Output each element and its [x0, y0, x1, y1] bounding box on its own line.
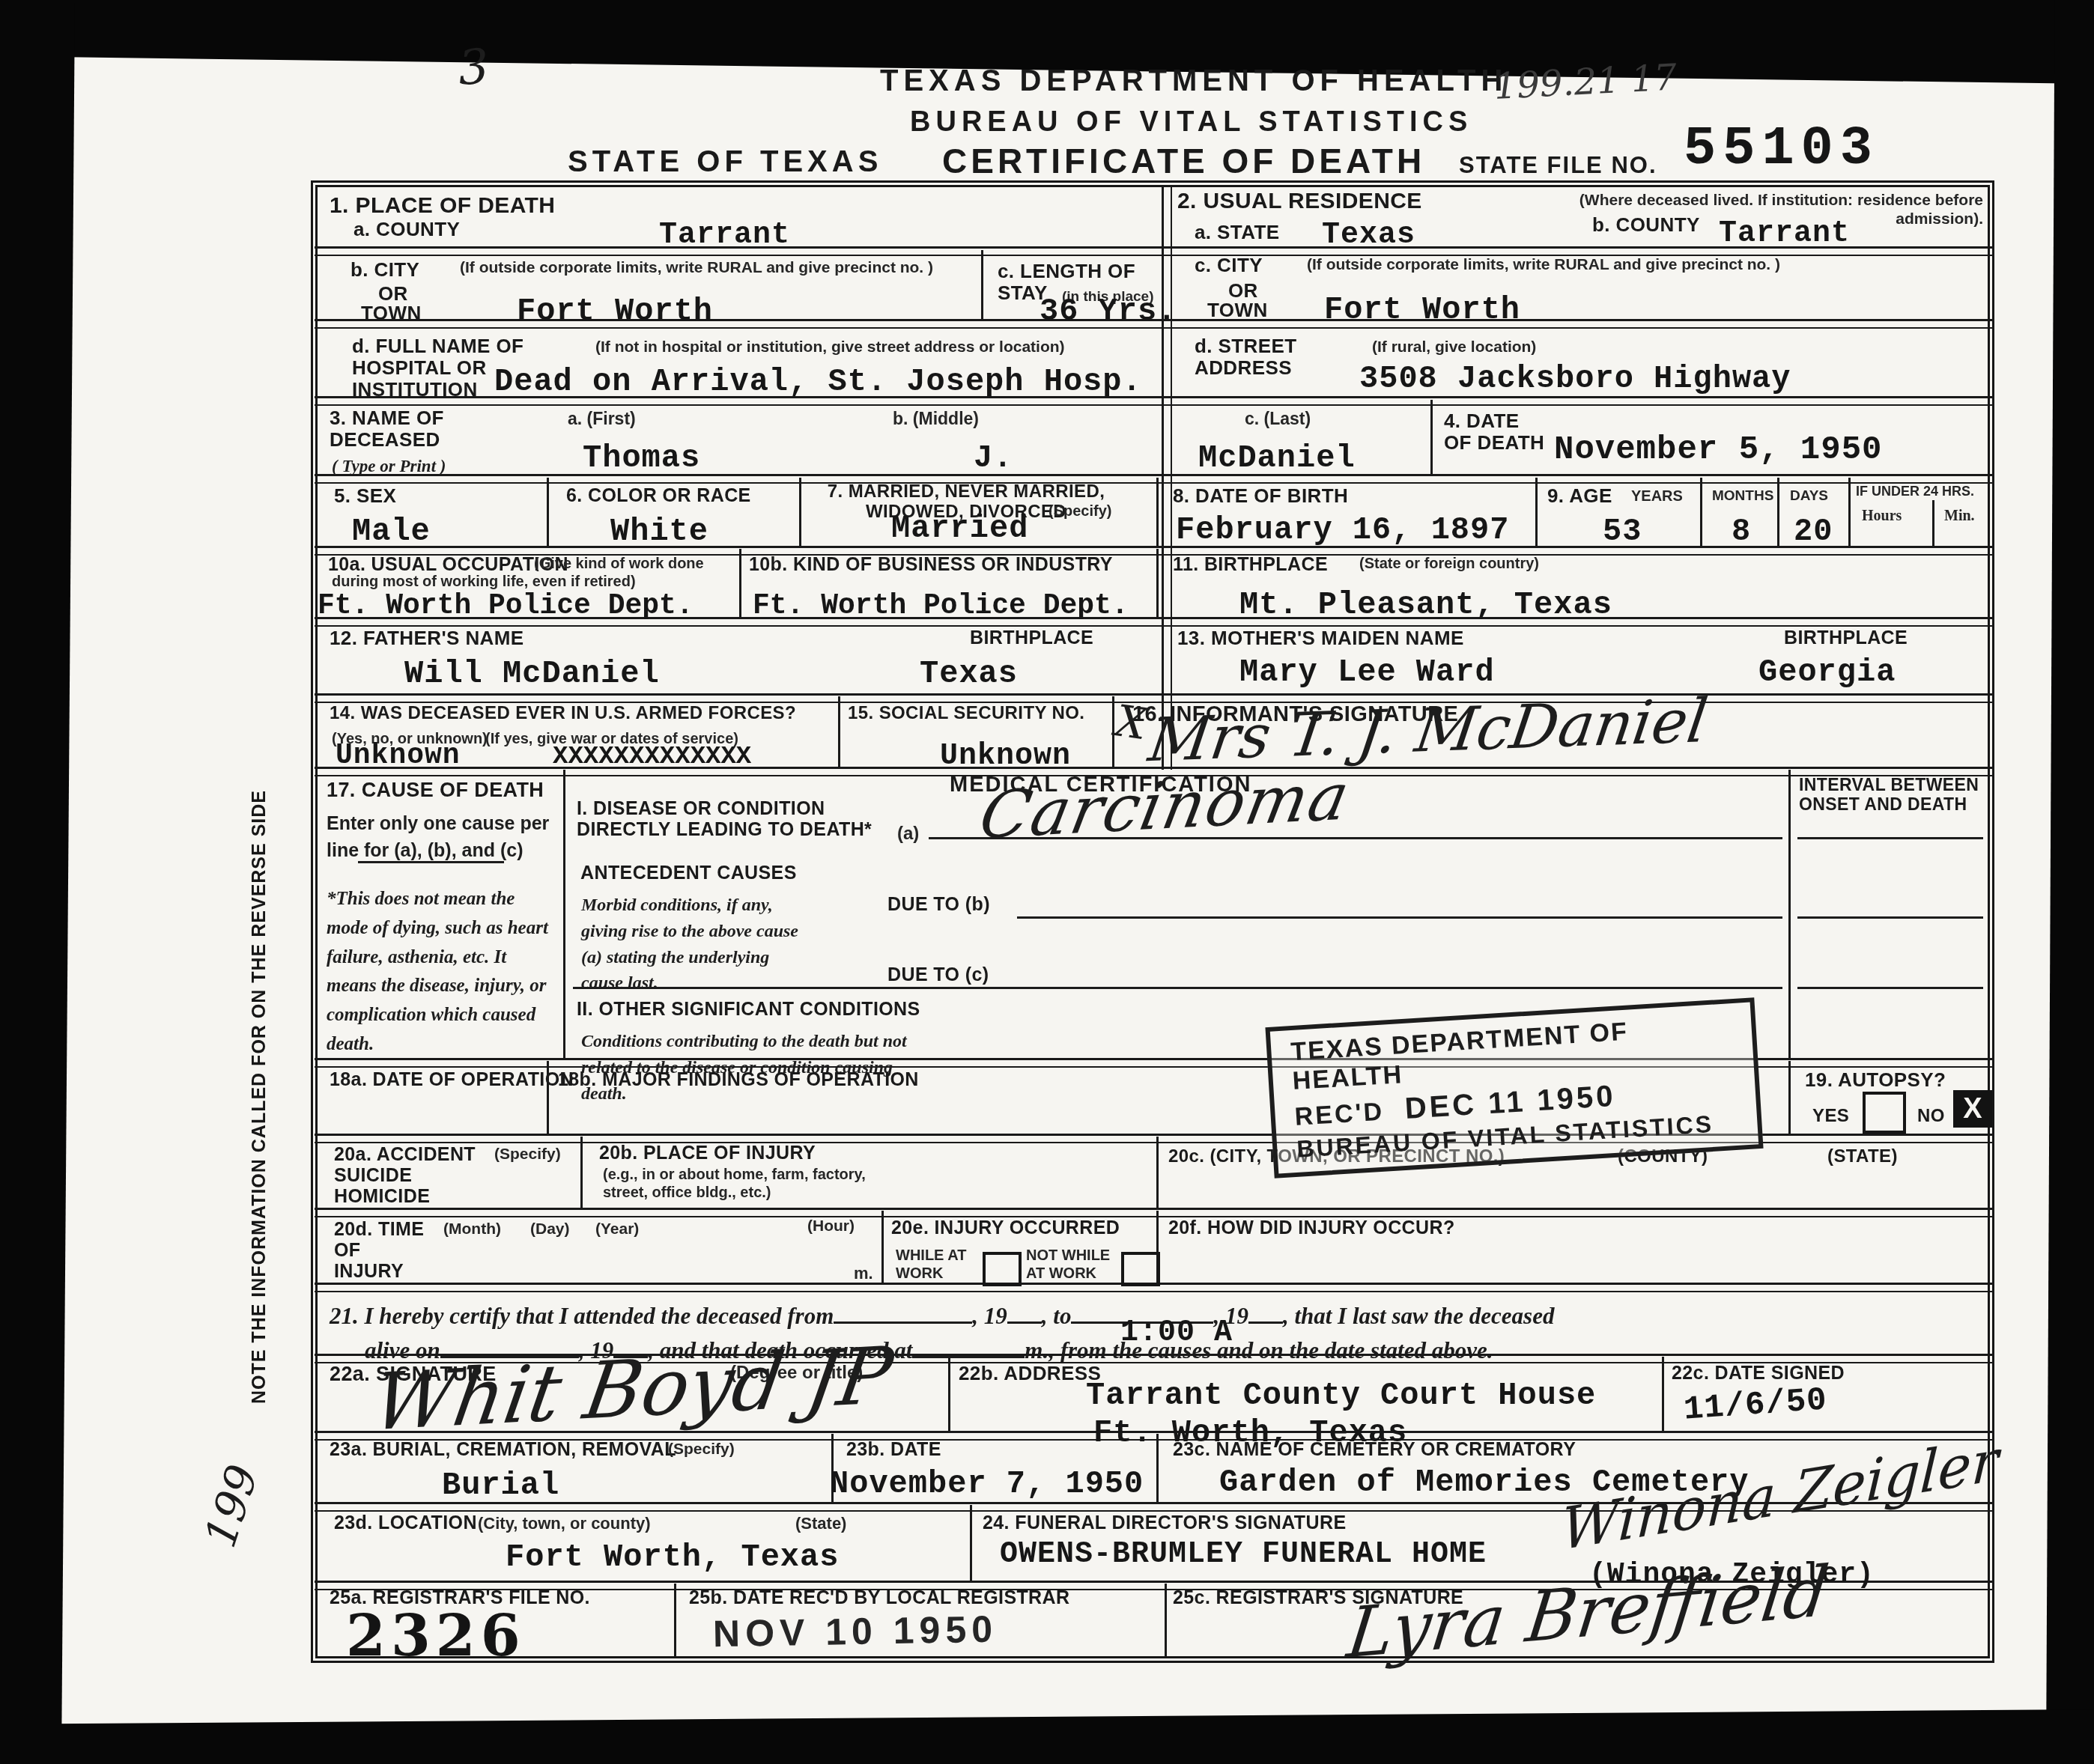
divider: [981, 250, 983, 321]
field-24-label: 24. FUNERAL DIRECTOR'S SIGNATURE: [983, 1512, 1346, 1533]
divider: [1777, 478, 1779, 548]
field-11-label: 11. BIRTHPLACE: [1173, 554, 1328, 575]
field-9-min-label: Min.: [1944, 508, 1975, 526]
field-7-note: (Specify): [1048, 503, 1111, 521]
field-2b-value: Tarrant: [1719, 217, 1850, 251]
divider: [1535, 478, 1538, 548]
field-20b-note: (e.g., in or about home, farm, factory, …: [603, 1167, 872, 1202]
field-17-label: 17. CAUSE OF DEATH: [327, 779, 544, 801]
field-2a-value: Texas: [1322, 219, 1415, 252]
funeral-home-value: OWENS-BRUMLEY FUNERAL HOME: [1000, 1538, 1487, 1572]
field-2c-label: c. CITY: [1195, 255, 1263, 276]
field-20d-m: m.: [854, 1264, 873, 1283]
divider: [948, 1357, 950, 1432]
field-9-label: 9. AGE: [1547, 485, 1612, 507]
field-20e-notwhile: NOT WHILE AT WORK: [1026, 1247, 1116, 1283]
field-1-title: 1. PLACE OF DEATH: [330, 193, 555, 219]
field-22b-addr1: Tarrant County Court House: [1086, 1378, 1596, 1414]
divider: [739, 549, 741, 619]
field-14-value2: XXXXXXXXXXXXX: [553, 743, 751, 771]
field-13-value: Mary Lee Ward: [1239, 654, 1495, 690]
field-2a-label: a. STATE: [1195, 222, 1279, 243]
field-13-bp-value: Georgia: [1758, 654, 1896, 690]
field-11-note: (State or foreign country): [1359, 556, 1539, 574]
field-2c-town: TOWN: [1207, 299, 1268, 321]
divider: [580, 1137, 583, 1209]
scan-edge-bottom: [0, 1707, 2094, 1764]
scanned-death-certificate: 3 TEXAS DEPARTMENT OF HEALTH 199.21 17 B…: [0, 0, 2094, 1764]
scan-edge-left: [0, 0, 75, 1764]
field-1d-value: Dead on Arrival, St. Joseph Hosp.: [494, 364, 1142, 400]
handwritten-margin-number: 199: [195, 1459, 269, 1553]
field-1b-note: (If outside corporate limits, write RURA…: [460, 259, 954, 278]
field-14-label: 14. WAS DECEASED EVER IN U.S. ARMED FORC…: [330, 704, 796, 724]
interval-line-a: [1797, 837, 1983, 839]
field-13-bp-label: BIRTHPLACE: [1784, 627, 1908, 648]
field-19-yes-label: YES: [1812, 1107, 1849, 1127]
field-1b-label: b. CITY: [350, 259, 419, 281]
divider: [674, 1584, 676, 1657]
field-17-note2: *This does not mean the mode of dying, s…: [327, 885, 555, 1059]
rule-small: [358, 861, 504, 863]
rule: [315, 474, 1994, 484]
field-17-note1: Enter only one cause per line for (a), (…: [327, 810, 551, 865]
while-at-work-checkbox: [983, 1252, 1022, 1286]
field-10a-note: (Give kind of work done during most of w…: [332, 556, 736, 591]
state-file-no-label: STATE FILE NO.: [1459, 153, 1657, 179]
field-1d-note: (If not in hospital or institution, give…: [595, 338, 1135, 357]
field-9-days-label: DAYS: [1790, 488, 1828, 505]
header-bureau: BUREAU OF VITAL STATISTICS: [910, 106, 1472, 139]
field-3c-label: c. (Last): [1245, 409, 1311, 429]
field-15-label: 15. SOCIAL SECURITY NO.: [848, 704, 1084, 724]
field-2-title: 2. USUAL RESIDENCE: [1177, 189, 1422, 214]
divider: [563, 770, 565, 1059]
reverse-side-note: NOTE THE INFORMATION CALLED FOR ON THE R…: [249, 408, 270, 1404]
divider: [1788, 1061, 1791, 1135]
field-19-label: 19. AUTOPSY?: [1805, 1069, 1946, 1091]
field-17-c-label: DUE TO (c): [887, 964, 989, 985]
divider: [881, 1211, 884, 1284]
field-20d-day: (Day): [530, 1220, 570, 1239]
certify-to: , to: [1042, 1303, 1072, 1329]
field-22b-label: 22b. ADDRESS: [959, 1363, 1101, 1384]
field-1a-label: a. COUNTY: [353, 219, 460, 240]
scan-edge-right: [2046, 0, 2094, 1764]
divider: [1156, 1137, 1159, 1209]
field-6-label: 6. COLOR OR RACE: [566, 485, 751, 506]
field-23a-value: Burial: [442, 1468, 559, 1503]
field-6-value: White: [610, 514, 708, 550]
divider: [1932, 500, 1934, 548]
field-18a-label: 18a. DATE OF OPERATION: [330, 1069, 574, 1090]
field-20b-label: 20b. PLACE OF INJURY: [599, 1143, 816, 1164]
field-3c-value: McDaniel: [1198, 440, 1356, 476]
divider: [838, 696, 840, 768]
divider: [1788, 770, 1791, 1059]
field-9-months: 8: [1732, 514, 1751, 550]
field-17-b-label: DUE TO (b): [887, 894, 990, 915]
field-12-label: 12. FATHER'S NAME: [330, 627, 524, 649]
divider: [799, 478, 801, 548]
field-12-bp-label: BIRTHPLACE: [970, 627, 1093, 648]
field-10a-value: Ft. Worth Police Dept.: [318, 590, 694, 622]
time-of-death-value: 1:00 A: [1120, 1316, 1233, 1350]
field-9-years-label: YEARS: [1631, 488, 1683, 506]
header-department: TEXAS DEPARTMENT OF HEALTH: [880, 64, 1508, 98]
interval-line-c: [1797, 987, 1983, 989]
field-2b-label: b. COUNTY: [1592, 214, 1700, 236]
field-10b-label: 10b. KIND OF BUSINESS OR INDUSTRY: [749, 554, 1113, 575]
certify-line-1: 21. I hereby certify that I attended the…: [330, 1298, 1554, 1330]
field-17-other-note: Conditions contributing to the death but…: [581, 1029, 911, 1107]
certify-seg1: 21. I hereby certify that I attended the…: [330, 1303, 834, 1329]
autopsy-no-checkbox-checked: X: [1953, 1090, 1992, 1128]
divider: [1165, 1584, 1167, 1657]
field-17-a-label: (a): [897, 824, 919, 845]
divider: [1700, 478, 1702, 548]
field-4-label: 4. DATE OF DEATH: [1444, 410, 1549, 454]
header-certificate-title: CERTIFICATE OF DEATH: [942, 142, 1425, 181]
field-17-disease-l2: DIRECTLY LEADING TO DEATH*: [577, 819, 872, 840]
divider: [1162, 621, 1164, 696]
field-25b-label: 25b. DATE REC'D BY LOCAL REGISTRAR: [689, 1587, 1070, 1608]
field-2d-label: d. STREET ADDRESS: [1195, 335, 1352, 379]
field-3a-label: a. (First): [568, 409, 636, 429]
write-line-c: [573, 987, 1782, 989]
field-17-other: II. OTHER SIGNIFICANT CONDITIONS: [577, 999, 920, 1020]
divider: [547, 478, 549, 548]
certify-19a: , 19: [972, 1303, 1007, 1329]
field-20d-hour: (Hour): [807, 1217, 855, 1236]
field-10b-value: Ft. Worth Police Dept.: [753, 590, 1129, 622]
field-23a-note: (Specify): [668, 1441, 735, 1459]
not-while-at-work-checkbox: [1121, 1252, 1160, 1286]
field-1b-value: Fort Worth: [517, 294, 713, 329]
blank: [912, 1333, 1025, 1358]
field-3a-value: Thomas: [583, 440, 700, 476]
field-18b-label: 18b. MAJOR FINDINGS OF OPERATION: [558, 1069, 919, 1090]
divider: [1156, 478, 1159, 548]
field-20a-note: (Specify): [494, 1146, 561, 1164]
field-9-years: 53: [1603, 514, 1642, 550]
field-12-bp-value: Texas: [920, 656, 1018, 692]
field-2c-note: (If outside corporate limits, write RURA…: [1307, 256, 1966, 275]
field-20d-month: (Month): [443, 1220, 501, 1239]
interval-label: INTERVAL BETWEEN ONSET AND DEATH: [1799, 776, 1986, 815]
field-20e-label: 20e. INJURY OCCURRED: [891, 1217, 1120, 1238]
divider: [1430, 400, 1433, 476]
field-2d-value: 3508 Jacksboro Highway: [1359, 361, 1791, 397]
field-13-label: 13. MOTHER'S MAIDEN NAME: [1177, 627, 1464, 649]
certify-seg3: m., from the causes and on the date stat…: [1025, 1337, 1493, 1363]
field-20d-label: 20d. TIME OF INJURY: [334, 1219, 424, 1282]
state-file-number: 55103: [1684, 118, 1879, 180]
field-20c-state: (STATE): [1827, 1147, 1898, 1167]
field-1c-value: 36 Yrs.: [1040, 294, 1177, 329]
field-4-value: November 5, 1950: [1554, 431, 1882, 469]
field-23d-note: (City, town, or county): [478, 1514, 651, 1533]
field-17-antecedent: ANTECEDENT CAUSES: [580, 863, 797, 883]
field-9-hours-label: Hours: [1862, 508, 1902, 526]
autopsy-yes-checkbox: [1863, 1092, 1906, 1134]
field-9-days: 20: [1794, 514, 1833, 550]
interval-line-b: [1797, 916, 1983, 919]
field-23b-value: November 7, 1950: [830, 1466, 1144, 1502]
divider: [1156, 549, 1159, 619]
field-12-value: Will McDaniel: [404, 656, 660, 692]
field-1a-value: Tarrant: [659, 219, 790, 252]
field-23d-label: 23d. LOCATION: [334, 1512, 477, 1533]
field-2c-value: Fort Worth: [1324, 292, 1520, 328]
field-3b-value: J.: [974, 440, 1013, 476]
divider: [970, 1505, 972, 1582]
blank: [1007, 1298, 1042, 1324]
header-state-of-texas: STATE OF TEXAS: [568, 145, 882, 179]
field-19-no-label: NO: [1917, 1107, 1945, 1127]
field-5-value: Male: [352, 514, 431, 550]
field-20f-label: 20f. HOW DID INJURY OCCUR?: [1168, 1217, 1455, 1238]
field-3-title: 3. NAME OF DECEASED: [330, 407, 502, 451]
field-8-label: 8. DATE OF BIRTH: [1173, 485, 1348, 507]
field-20d-year: (Year): [595, 1220, 639, 1239]
handwritten-page-number: 3: [456, 39, 491, 97]
date-received-stamp: NOV 10 1950: [713, 1608, 998, 1656]
received-stamp: TEXAS DEPARTMENT OF HEALTH REC'D DEC 11 …: [1265, 997, 1763, 1178]
field-17-antecedent-note: Morbid conditions, if any, giving rise t…: [581, 892, 806, 997]
field-2d-note: (If rural, give location): [1372, 338, 1536, 357]
field-7-value: Married: [891, 511, 1028, 547]
field-15-value: Unknown: [940, 740, 1071, 773]
handwritten-file-annotation: 199.21 17: [1493, 56, 1678, 108]
divider: [1662, 1357, 1664, 1432]
field-8-value: February 16, 1897: [1176, 512, 1509, 548]
field-23d-state: (State): [795, 1514, 846, 1533]
stamp-recd: REC'D: [1294, 1098, 1386, 1132]
blank: [1248, 1298, 1283, 1324]
field-9-under24-label: IF UNDER 24 HRS.: [1856, 484, 1983, 499]
field-3-note: ( Type or Print ): [332, 454, 446, 478]
field-1b-town: TOWN: [361, 302, 422, 324]
field-3b-label: b. (Middle): [893, 409, 979, 429]
field-22c-label: 22c. DATE SIGNED: [1672, 1363, 1845, 1384]
field-22b-addr2: Ft. Worth, Texas: [1093, 1415, 1407, 1451]
field-9-months-label: MONTHS: [1712, 488, 1773, 505]
field-14-value: Unknown: [336, 740, 461, 772]
field-17-disease-l1: I. DISEASE OR CONDITION: [577, 798, 825, 819]
write-line-b: [1017, 916, 1782, 919]
rule: [315, 1208, 1994, 1217]
field-20e-while: WHILE AT WORK: [896, 1247, 978, 1283]
field-23d-value: Fort Worth, Texas: [506, 1539, 839, 1575]
field-5-label: 5. SEX: [334, 485, 396, 507]
registrar-file-number: 2326: [346, 1602, 526, 1669]
certify-seg2: , that I last saw the deceased: [1283, 1303, 1555, 1329]
field-23b-label: 23b. DATE: [846, 1439, 941, 1460]
field-11-value: Mt. Pleasant, Texas: [1239, 587, 1612, 623]
divider: [1848, 478, 1851, 548]
blank: [834, 1298, 972, 1324]
field-20a-label: 20a. ACCIDENT SUICIDE HOMICIDE: [334, 1144, 476, 1207]
